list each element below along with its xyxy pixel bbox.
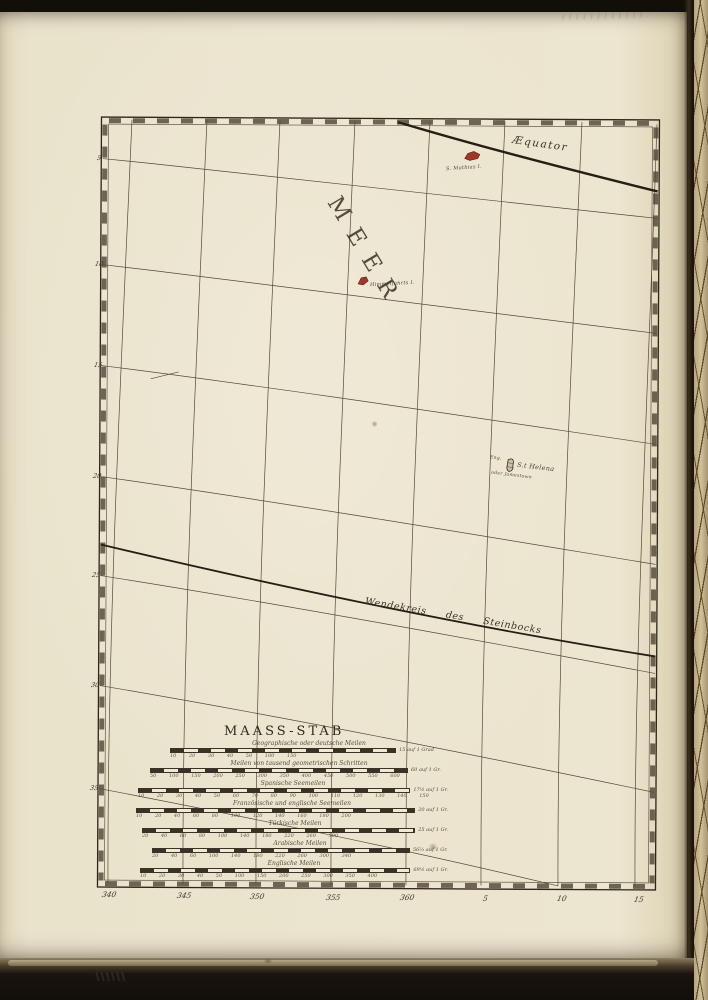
scale-tick-numbers: 10 20 30 40 50 60 70 80 90 100 110 120 1… [138, 793, 448, 799]
scale-row-label: Geographische oder deutsche Meilen [170, 740, 448, 747]
scale-bar [140, 868, 410, 873]
scale-tick-numbers: 10 20 30 40 50 100 150 200 250 300 350 4… [140, 873, 448, 879]
scale-tick-numbers: 20 40 60 100 140 180 220 260 300 340 [152, 853, 448, 859]
scale-row-geographische-meilen: Geographische oder deutsche Meilen 15 au… [170, 740, 448, 759]
scale-row-tuerkische-meilen: Türkische Meilen 25 auf 1 Gr. 20 40 60 8… [142, 820, 448, 839]
scanned-atlas-page: MEER Æquator Wendekreis des Steinbocks S… [0, 0, 708, 1000]
latitude-label: 30 [90, 681, 100, 689]
longitude-label: 350 [249, 892, 265, 901]
island-st-helena [507, 459, 514, 471]
scale-bar [136, 808, 415, 813]
scale-bar [138, 788, 410, 793]
scale-bar [150, 768, 408, 773]
island-st-mathias [465, 151, 480, 160]
scale-row-label: Französische und englische Seemeilen [136, 800, 448, 807]
meridian-340 [108, 120, 132, 884]
longitude-label: 355 [325, 893, 341, 902]
scale-row-label: Spanische Seemeilen [138, 780, 448, 787]
scale-row-franz-engl-seemeilen: Französische und englische Seemeilen 20 … [136, 800, 448, 819]
scale-bar [170, 748, 396, 753]
scale-tick-numbers: 10 20 30 40 50 100 150 [170, 753, 448, 759]
parallel-20s [101, 477, 656, 565]
island-label-helena-prefix: Eng. [490, 455, 502, 461]
meridian-5 [481, 122, 505, 886]
scale-bar [142, 828, 415, 833]
scale-title: MAASS-STAB [136, 724, 448, 739]
longitude-label: 10 [556, 894, 567, 903]
scale-row-spanische-seemeilen: Spanische Seemeilen 17½ auf 1 Gr. 10 20 … [138, 780, 448, 799]
parallel-25s [100, 576, 655, 674]
scale-bar-block: MAASS-STAB Geographische oder deutsche M… [136, 724, 448, 879]
scale-row-label: Türkische Meilen [142, 820, 448, 827]
scale-row-label: Meilen von tausend geometrischen Schritt… [150, 760, 448, 767]
longitude-label: 340 [101, 890, 117, 899]
latitude-label: 25 [91, 571, 101, 579]
latitude-label: 35 [89, 784, 99, 792]
scale-row-geometrische-schritte: Meilen von tausend geometrischen Schritt… [150, 760, 448, 779]
meridian-10 [558, 122, 582, 886]
longitude-label: 360 [399, 893, 415, 902]
scale-row-label: Englische Meilen [140, 860, 448, 867]
scale-tick-numbers: 20 40 60 80 100 140 180 220 260 300 [142, 833, 448, 839]
longitude-label: 15 [633, 895, 644, 904]
scale-tick-numbers: 50 100 150 200 250 300 350 400 450 500 5… [150, 773, 448, 779]
graduated-border-bottom [105, 884, 649, 887]
scale-bar [152, 848, 410, 853]
scale-tick-numbers: 10 20 40 60 80 100 120 140 160 180 200 [136, 813, 448, 819]
latitude-label: 10 [94, 260, 104, 268]
parallel-15s [101, 366, 656, 445]
equator-line [398, 122, 658, 191]
parallel-5s [102, 159, 657, 219]
longitude-label: 345 [176, 891, 192, 900]
scale-row-arabische-meilen: Arabische Meilen 56⅔ auf 1 Gr. 20 40 60 … [152, 840, 448, 859]
graduated-border-left [101, 125, 105, 881]
graduated-border-top [109, 121, 653, 124]
latitude-label: 15 [93, 361, 103, 369]
scale-row-label: Arabische Meilen [152, 840, 448, 847]
scale-row-englische-meilen: Englische Meilen 69½ auf 1 Gr. 10 20 30 … [140, 860, 448, 879]
latitude-label: 20 [92, 472, 102, 480]
